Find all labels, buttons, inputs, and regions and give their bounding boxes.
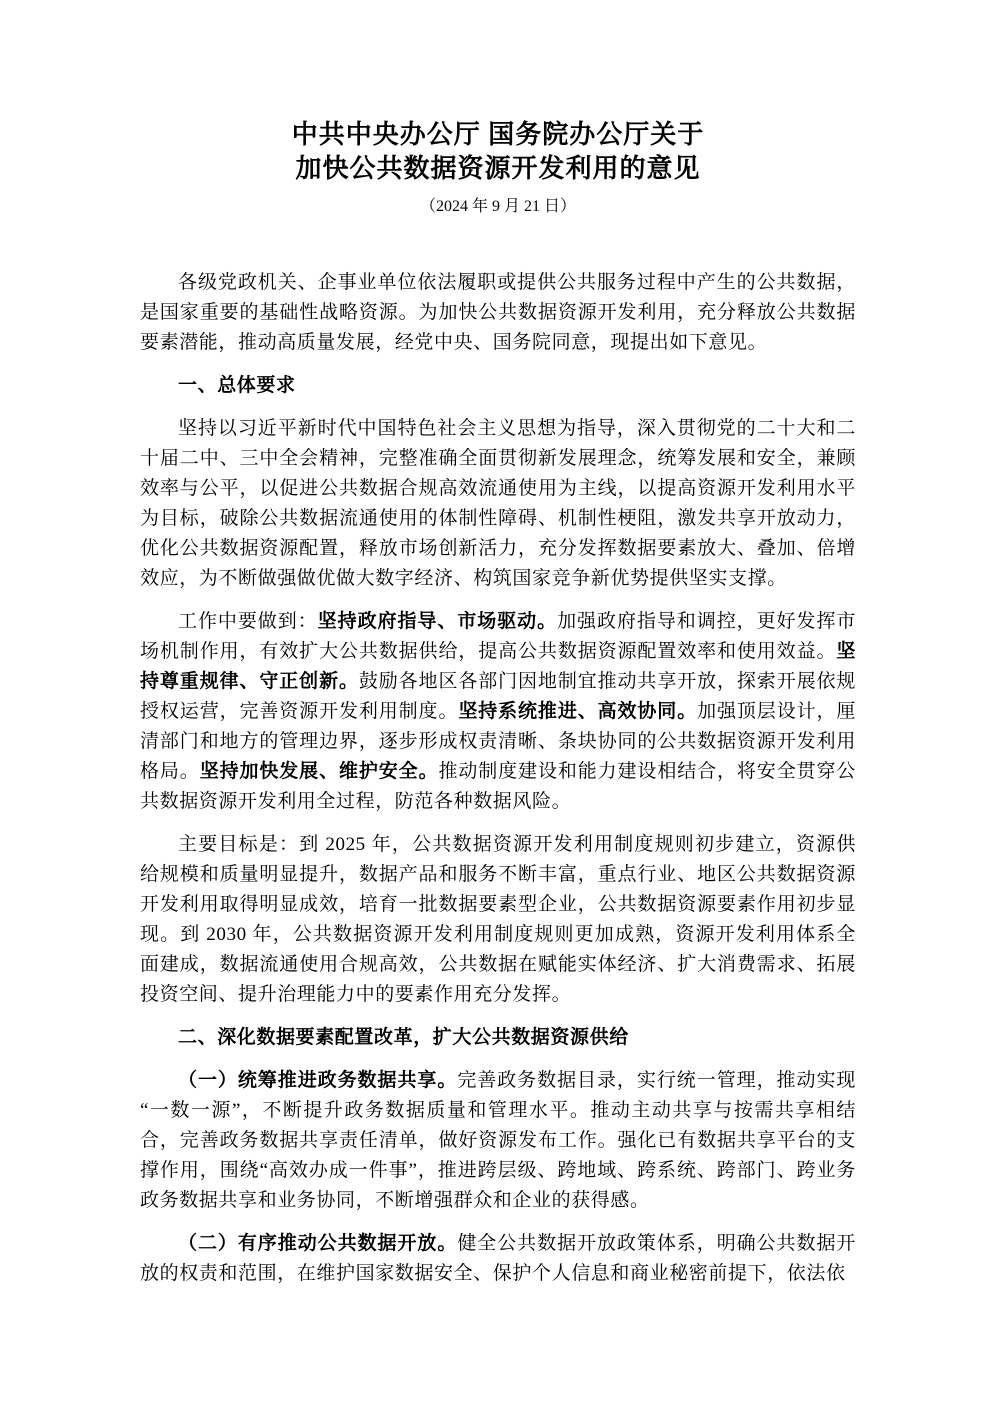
text-run: 主要目标是：到 2025 年，公共数据资源开发利用制度规则初步建立，资源供给规模… [140, 834, 856, 1005]
bold-text-run: （二）有序推动公共数据开放。 [178, 1233, 457, 1254]
paragraph: 各级党政机关、企事业单位依法履职或提供公共服务过程中产生的公共数据，是国家重要的… [140, 268, 856, 358]
bold-text-run: 一、总体要求 [178, 375, 296, 396]
document-title: 中共中央办公厅 国务院办公厅关于加快公共数据资源开发利用的意见 [140, 118, 856, 186]
section-heading: 一、总体要求 [140, 371, 856, 401]
section-heading: 二、深化数据要素配置改革，扩大公共数据资源供给 [140, 1023, 856, 1053]
document-title-line1: 中共中央办公厅 国务院办公厅关于 [292, 120, 705, 149]
document-body: 各级党政机关、企事业单位依法履职或提供公共服务过程中产生的公共数据，是国家重要的… [140, 268, 856, 1289]
paragraph: （一）统筹推进政务数据共享。完善政务数据目录，实行统一管理，推动实现“一数一源”… [140, 1066, 856, 1216]
paragraph: （二）有序推动公共数据开放。健全公共数据开放政策体系，明确公共数据开放的权责和范… [140, 1229, 856, 1289]
paragraph: 工作中要做到：坚持政府指导、市场驱动。加强政府指导和调控，更好发挥市场机制作用，… [140, 607, 856, 817]
bold-text-run: （一）统筹推进政务数据共享。 [178, 1070, 457, 1091]
document-content: 中共中央办公厅 国务院办公厅关于加快公共数据资源开发利用的意见 （2024 年 … [140, 118, 856, 1302]
bold-text-run: 坚持加快发展、维护安全。 [200, 761, 439, 782]
text-run: 工作中要做到： [178, 611, 318, 632]
document-title-line2: 加快公共数据资源开发利用的意见 [295, 154, 700, 183]
bold-text-run: 坚持政府指导、市场驱动。 [318, 611, 557, 632]
document-page: 中共中央办公厅 国务院办公厅关于加快公共数据资源开发利用的意见 （2024 年 … [0, 0, 991, 1403]
text-run: 坚持以习近平新时代中国特色社会主义思想为指导，深入贯彻党的二十大和二十届二中、三… [140, 418, 856, 589]
text-run: 完善政务数据目录，实行统一管理，推动实现“一数一源”，不断提升政务数据质量和管理… [140, 1070, 856, 1211]
bold-text-run: 坚持系统推进、高效协同。 [458, 701, 697, 722]
text-run: 各级党政机关、企事业单位依法履职或提供公共服务过程中产生的公共数据，是国家重要的… [140, 272, 856, 353]
paragraph: 坚持以习近平新时代中国特色社会主义思想为指导，深入贯彻党的二十大和二十届二中、三… [140, 414, 856, 594]
bold-text-run: 二、深化数据要素配置改革，扩大公共数据资源供给 [178, 1027, 629, 1048]
paragraph: 主要目标是：到 2025 年，公共数据资源开发利用制度规则初步建立，资源供给规模… [140, 830, 856, 1010]
document-date: （2024 年 9 月 21 日） [140, 196, 856, 218]
